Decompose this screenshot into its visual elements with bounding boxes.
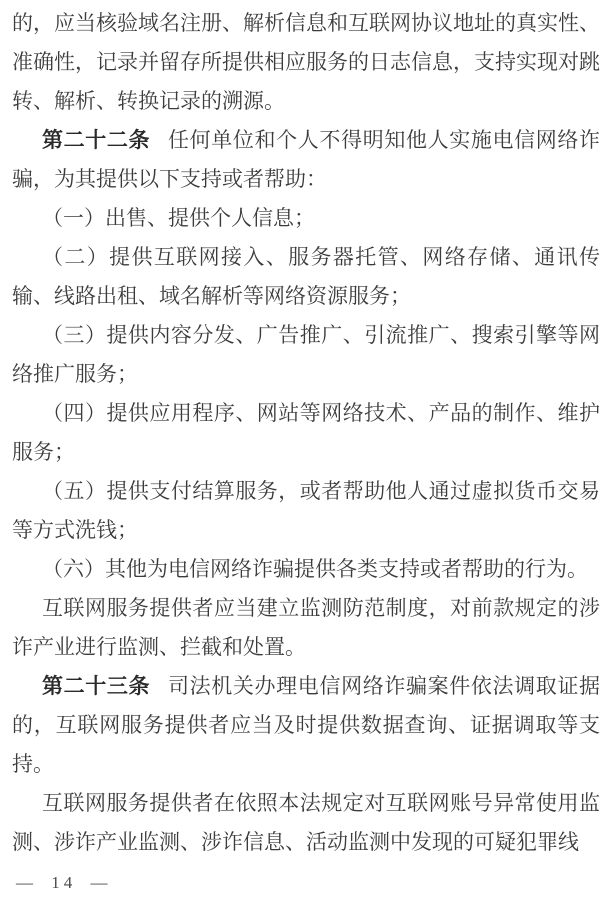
paragraph: 互联网服务提供者在依照本法规定对互联网账号异常使用监测、涉诈产业监测、涉诈信息、… [12,784,600,862]
paragraph: （三）提供内容分发、广告推广、引流推广、搜索引擎等网络推广服务； [12,316,600,394]
page-number: — 14 — [16,873,112,893]
article-number: 第二十二条 [42,129,150,152]
paragraph: （二）提供互联网接入、服务器托管、网络存储、通讯传输、线路出租、域名解析等网络资… [12,238,600,316]
paragraph: 第二十三条司法机关办理电信网络诈骗案件依法调取证据的，互联网服务提供者应当及时提… [12,667,600,784]
paragraph: （五）提供支付结算服务，或者帮助他人通过虚拟货币交易等方式洗钱； [12,472,600,550]
paragraph: （一）出售、提供个人信息； [12,199,600,238]
paragraph: 互联网服务提供者应当建立监测防范制度，对前款规定的涉诈产业进行监测、拦截和处置。 [12,589,600,667]
paragraph: （四）提供应用程序、网站等网络技术、产品的制作、维护服务； [12,394,600,472]
document-body: 的，应当核验域名注册、解析信息和互联网协议地址的真实性、准确性，记录并留存所提供… [12,4,600,862]
paragraph: 的，应当核验域名注册、解析信息和互联网协议地址的真实性、准确性，记录并留存所提供… [12,4,600,121]
paragraph: （六）其他为电信网络诈骗提供各类支持或者帮助的行为。 [12,550,600,589]
article-number: 第二十三条 [42,675,150,698]
paragraph: 第二十二条任何单位和个人不得明知他人实施电信网络诈骗，为其提供以下支持或者帮助： [12,121,600,199]
